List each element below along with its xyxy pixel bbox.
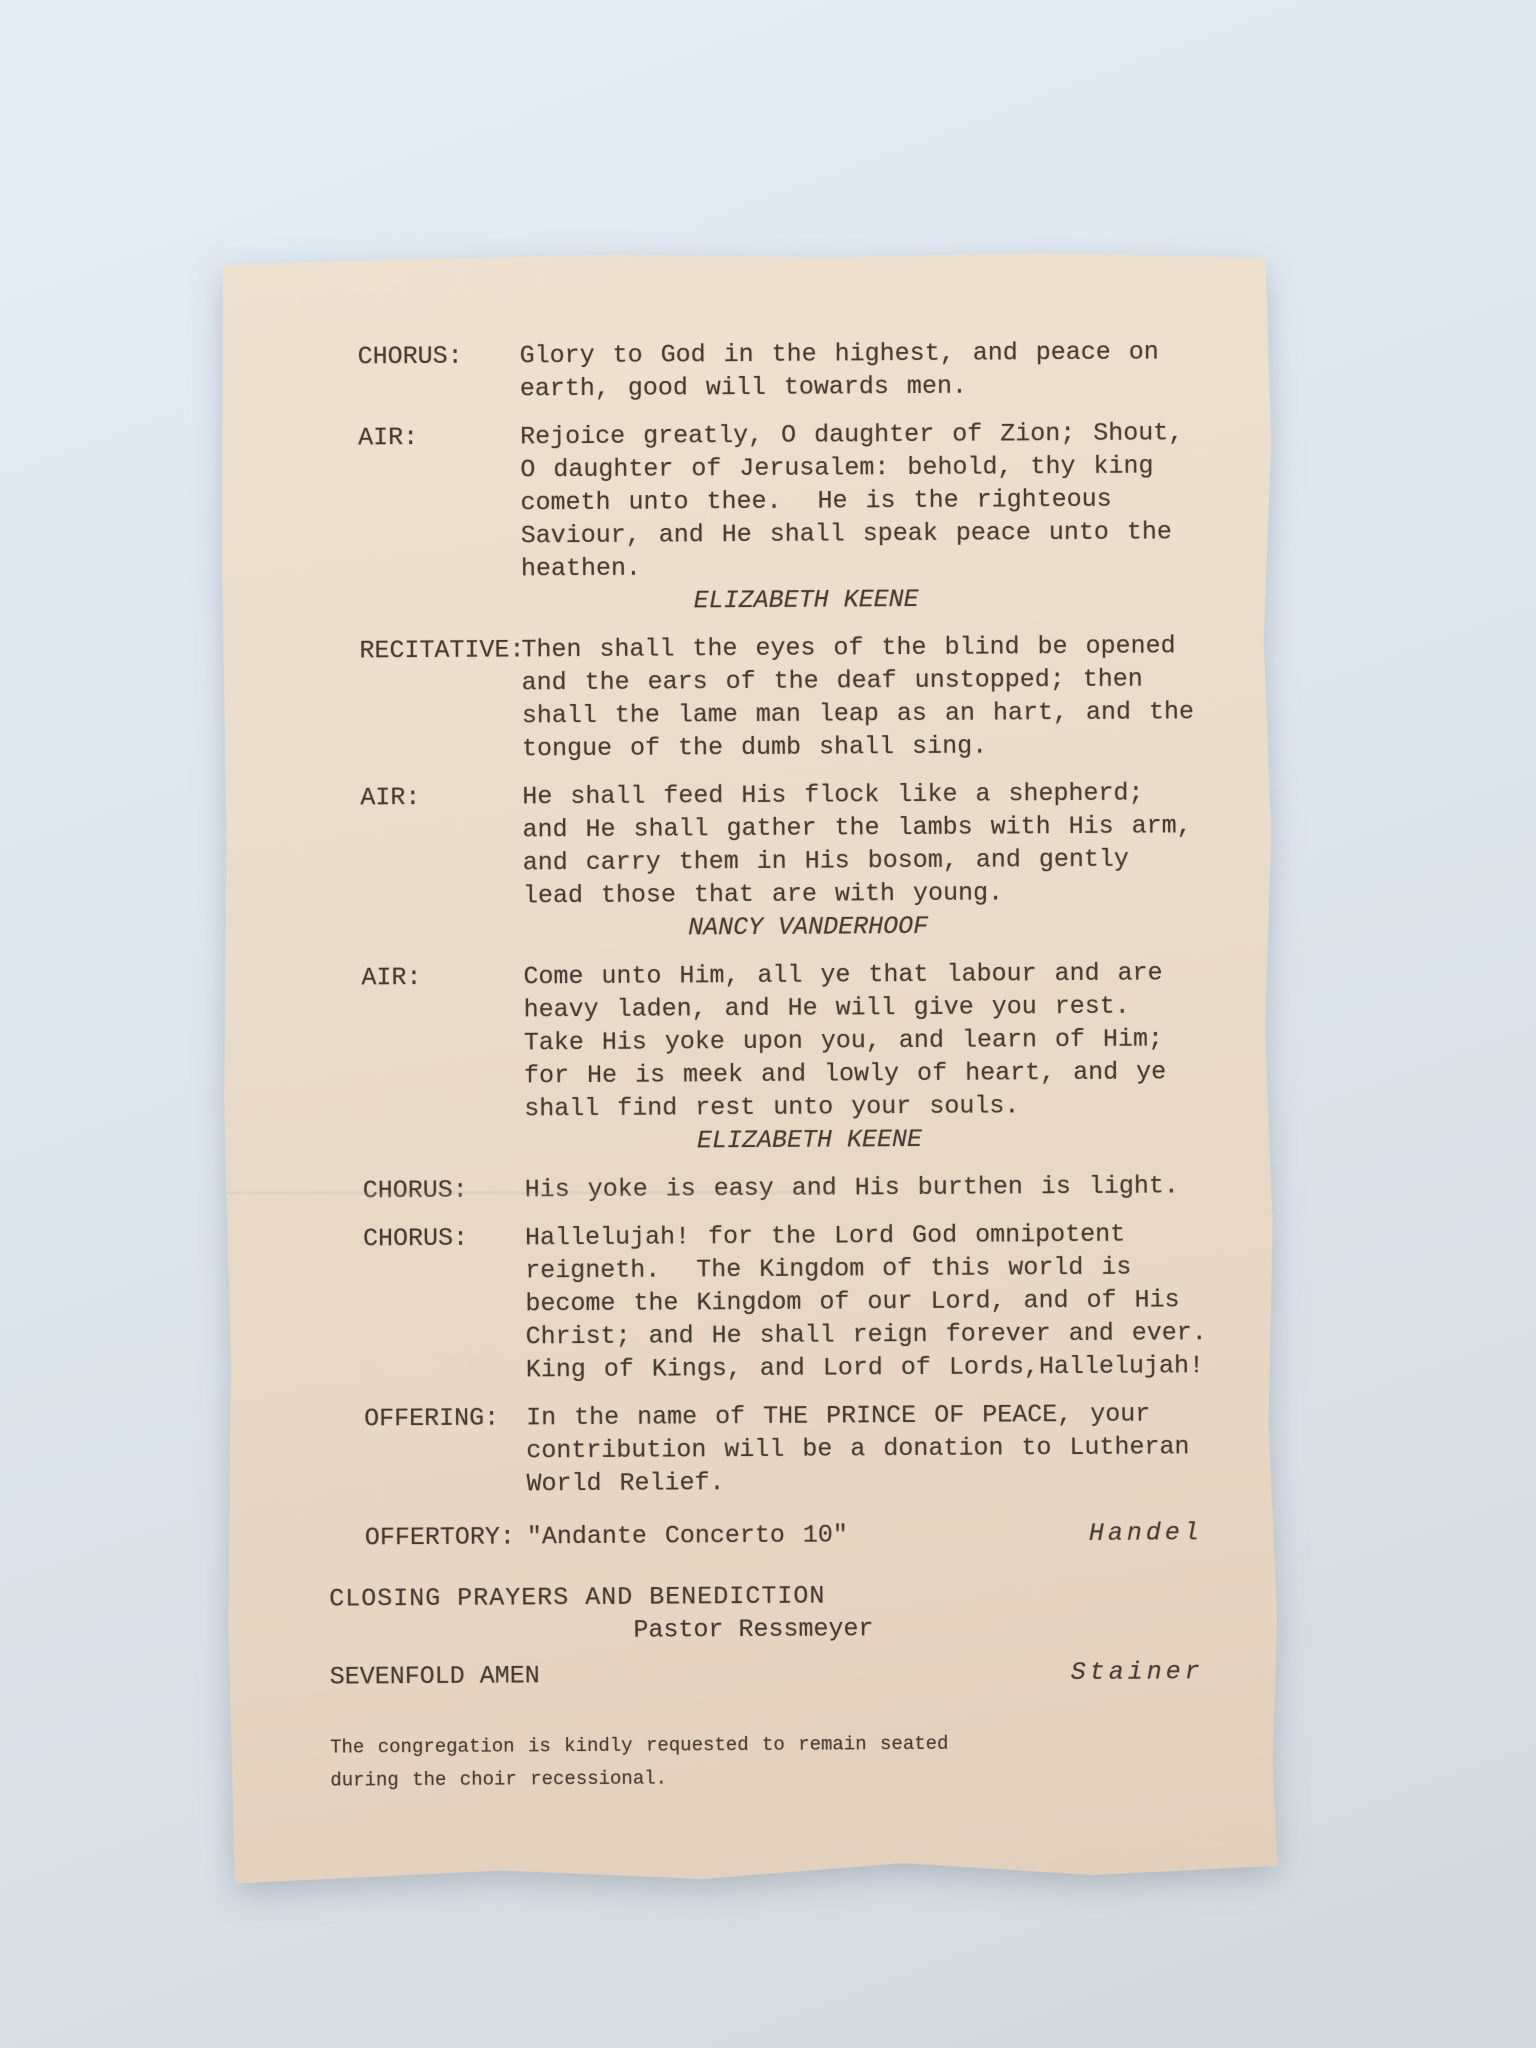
program-item: AIR: He shall feed His flock like a shep… [360, 776, 1277, 947]
officiant-name: Pastor Ressmeyer [633, 1610, 1281, 1647]
program-item-label: OFFERING: [364, 1401, 527, 1501]
program-item-label: CHORUS: [363, 1173, 525, 1207]
congregation-note: The congregation is kindly requested to … [330, 1726, 1282, 1798]
performer-name: ELIZABETH KEENE [524, 1121, 1214, 1158]
program-item-text: Hallelujah! for the Lord God omnipotent … [525, 1217, 1216, 1386]
program-item-label: OFFERTORY: [365, 1520, 527, 1554]
program-item: AIR: Rejoice greatly, O daughter of Zion… [358, 416, 1275, 620]
program-item-text: Rejoice greatly, O daughter of Zion; Sho… [520, 416, 1211, 585]
performer-name: NANCY VANDERHOOF [523, 908, 1213, 945]
program-item: CHORUS: Glory to God in the highest, and… [358, 335, 1274, 407]
program-page: CHORUS: Glory to God in the highest, and… [217, 249, 1283, 1885]
program-item-text: His yoke is easy and His burthen is ligh… [525, 1169, 1215, 1206]
program-item-text: Then shall the eyes of the blind be open… [521, 629, 1212, 765]
program-item-text: He shall feed His flock like a shepherd;… [522, 776, 1213, 912]
program-item: CHORUS: Hallelujah! for the Lord God omn… [363, 1217, 1280, 1388]
program-item-text: Glory to God in the highest, and peace o… [520, 335, 1210, 405]
program-item: RECITATIVE: Then shall the eyes of the b… [359, 629, 1276, 767]
performer-name: ELIZABETH KEENE [521, 581, 1211, 618]
paper-shadow: CHORUS: Glory to God in the highest, and… [217, 249, 1283, 1885]
program-item: OFFERTORY: "Andante Concerto 10" Handel [365, 1516, 1281, 1555]
program-item-label: RECITATIVE: [359, 633, 522, 766]
program-item-text: In the name of THE PRINCE OF PEACE, your… [526, 1397, 1217, 1500]
program-item-text: "Andante Concerto 10" [527, 1517, 1089, 1553]
program-item: CHORUS: His yoke is easy and His burthen… [363, 1169, 1279, 1208]
program-item-text: Come unto Him, all ye that labour and ar… [523, 956, 1214, 1125]
program-item-label: AIR: [361, 960, 524, 1159]
program-item-label: AIR: [358, 420, 521, 619]
program-item-label: CHORUS: [358, 339, 520, 406]
photo-background: CHORUS: Glory to God in the highest, and… [0, 0, 1536, 2048]
amen-row: SEVENFOLD AMEN Stainer [330, 1655, 1282, 1694]
program-item: AIR: Come unto Him, all ye that labour a… [361, 956, 1278, 1160]
program-item: OFFERING: In the name of THE PRINCE OF P… [364, 1397, 1281, 1502]
composer-name: Handel [1089, 1516, 1203, 1550]
amen-label: SEVENFOLD AMEN [330, 1659, 540, 1693]
program-item-label: AIR: [360, 780, 523, 946]
composer-name: Stainer [1071, 1655, 1204, 1689]
program-item-label: CHORUS: [363, 1221, 526, 1387]
